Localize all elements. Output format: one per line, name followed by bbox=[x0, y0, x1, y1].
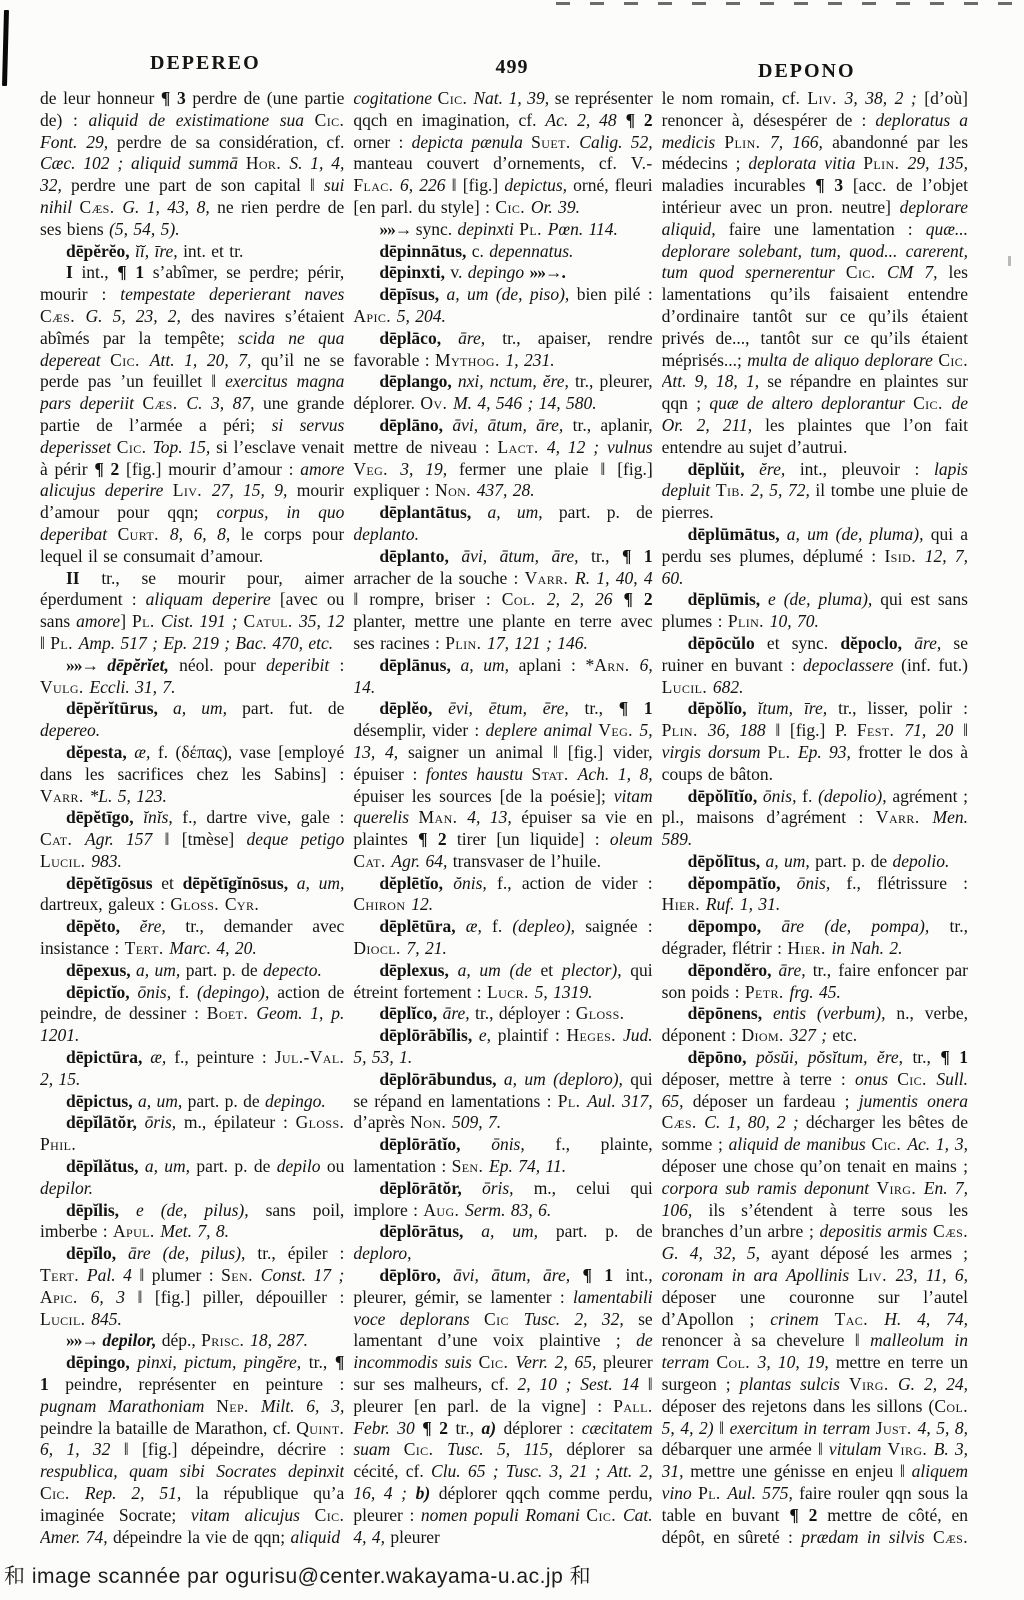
text-run: Lucil. bbox=[40, 1309, 91, 1329]
text-run: in Nah. 2. bbox=[832, 938, 903, 958]
text-run: CM 7, bbox=[887, 262, 949, 282]
text-run: 509, 7. bbox=[452, 1112, 501, 1132]
text-run: 3, 38, 2 ; bbox=[845, 88, 925, 108]
text-run: dēplōrābundus, bbox=[379, 1069, 504, 1089]
text-run: perdre une part de son capital ‖ bbox=[71, 175, 324, 195]
text-run: ĭĭ, īre, bbox=[135, 241, 183, 261]
text-run: Virg. bbox=[888, 1439, 934, 1459]
text-run: depilor. bbox=[40, 1178, 93, 1198]
dictionary-paragraph: dēpictĭo, ōnis, f. (depingo), action de … bbox=[40, 982, 344, 1047]
text-run: perdre de sa considération, cf. bbox=[117, 132, 344, 152]
text-run: Ach. 1, 8, bbox=[578, 764, 653, 784]
text-run: e (de, pilus), bbox=[136, 1200, 266, 1220]
text-run: ou bbox=[327, 1156, 345, 1176]
text-run: a, um (deploro), bbox=[504, 1069, 630, 1089]
text-run: ĕre, bbox=[140, 916, 186, 936]
text-run: pugnam Marathoniam bbox=[40, 1396, 216, 1416]
dictionary-paragraph: dēplango, nxi, nctum, ĕre, tr., pleurer,… bbox=[353, 371, 652, 415]
text-run: deperibit bbox=[266, 655, 339, 675]
text-run: tr., bbox=[455, 1418, 481, 1438]
text-run: part. p. de bbox=[188, 1091, 265, 1111]
dictionary-paragraph: dēplētūra, æ, f. (depleo), saignée : Dio… bbox=[353, 916, 652, 960]
text-run: Suet. bbox=[531, 132, 579, 152]
text-run: quæ de altero deplorantur bbox=[709, 393, 913, 413]
text-run: deploro, bbox=[353, 1243, 411, 1263]
text-run: déposer une chose qu’on tenait en mains … bbox=[662, 1156, 968, 1176]
text-run: vitulam bbox=[829, 1439, 888, 1459]
text-run: tr., bbox=[591, 546, 622, 566]
text-run: Isid. bbox=[884, 546, 924, 566]
text-run: orner : bbox=[353, 132, 411, 152]
text-run: a, um, bbox=[460, 655, 518, 675]
text-run: Petr. bbox=[745, 982, 790, 1002]
text-run: dēplūmātus, bbox=[688, 524, 787, 544]
text-run: Cist. 191 ; bbox=[161, 611, 244, 631]
text-run: Diom. bbox=[741, 1025, 789, 1045]
text-run: āvi, ātum, āre, bbox=[453, 1265, 582, 1285]
text-run: vitam alicujus bbox=[191, 1505, 315, 1525]
text-run: a, um, bbox=[481, 1221, 556, 1241]
text-run: dēpictūra, bbox=[66, 1047, 150, 1067]
text-run: ōnis, bbox=[491, 1134, 555, 1154]
text-run: 1, 231. bbox=[506, 350, 555, 370]
dictionary-paragraph: dēpōno, pŏsŭi, pŏsĭtum, ĕre, tr., ¶ 1 dé… bbox=[662, 1047, 968, 1550]
text-run: coronam in ara Apollinis bbox=[662, 1265, 858, 1285]
text-run: depositis armis bbox=[820, 1221, 933, 1241]
text-run: plantas sulcis bbox=[740, 1374, 849, 1394]
text-run: 27, 15, 9, bbox=[212, 480, 297, 500]
text-run: Cic. bbox=[315, 110, 345, 130]
text-run: Gloss. bbox=[576, 1003, 625, 1023]
text-run: Mythog. bbox=[435, 350, 506, 370]
text-run: aplani : * bbox=[519, 655, 595, 675]
text-run: āre, bbox=[443, 1003, 475, 1023]
text-run: 5, 204. bbox=[397, 306, 446, 326]
dictionary-paragraph: dēplĕo, ēvi, ētum, ēre, tr., ¶ 1 désempl… bbox=[353, 698, 652, 872]
dictionary-paragraph: »»→ sync. depinxti Pl. Pœn. 114. bbox=[353, 219, 652, 241]
text-run: ¶ 2 bbox=[418, 829, 457, 849]
text-run: Man. bbox=[419, 807, 468, 827]
text-run: dēplango, bbox=[379, 371, 458, 391]
text-run: : bbox=[339, 655, 344, 675]
text-run: 327 ; bbox=[790, 1025, 833, 1045]
text-run: plector), bbox=[562, 960, 630, 980]
text-run: dēplĕo, bbox=[379, 698, 448, 718]
text-run: part. p. de bbox=[186, 960, 263, 980]
text-run: déposer un fardeau ; bbox=[693, 1091, 859, 1111]
text-run: faire une lamentation : bbox=[729, 219, 926, 239]
text-run: ‖ bbox=[719, 1418, 729, 1438]
text-run: tr., bbox=[309, 1352, 335, 1372]
text-run: Pl. bbox=[768, 742, 798, 762]
text-run: d’après bbox=[353, 1112, 410, 1132]
text-run: Gloss. Cyr. bbox=[170, 894, 259, 914]
dictionary-column-1: de leur honneur ¶ 3 perdre de (une parti… bbox=[40, 88, 344, 1550]
text-run: Prisc. bbox=[201, 1330, 250, 1350]
text-run: Jul.-Val. bbox=[275, 1047, 345, 1067]
text-run: dēplōrātĭo, bbox=[379, 1134, 491, 1154]
text-run: oleum bbox=[610, 829, 653, 849]
text-run: Plin. bbox=[445, 633, 487, 653]
text-run: Aug. bbox=[423, 1200, 465, 1220]
dictionary-paragraph: dēplōrātĭo, ōnis, f., plainte, lamentati… bbox=[353, 1134, 652, 1178]
text-run: crinem bbox=[770, 1309, 834, 1329]
text-run: Top. 15, bbox=[153, 437, 216, 457]
text-run: Cæs. bbox=[933, 1221, 968, 1241]
text-run: pŏsŭi, pŏsĭtum, ĕre, bbox=[756, 1047, 912, 1067]
text-run: int., bbox=[81, 262, 117, 282]
text-run: Lucr. bbox=[487, 982, 535, 1002]
text-run: dēplŭit, bbox=[688, 459, 759, 479]
text-run: tr., bbox=[912, 1047, 940, 1067]
dictionary-column-2: cogitatione Cic. Nat. 1, 39, se représen… bbox=[353, 88, 652, 1550]
text-run: dēpĕrĕo, bbox=[66, 241, 135, 261]
text-run: G. 4, 32, 5, bbox=[662, 1243, 771, 1263]
text-run: ¶ 2 bbox=[626, 110, 653, 130]
text-run: 6, 1, 32 bbox=[40, 1439, 124, 1459]
text-run: Fest. bbox=[857, 720, 905, 740]
text-run: Cic. bbox=[938, 350, 968, 370]
text-run: G. 5, 23, 2, bbox=[85, 306, 191, 326]
text-run: æ, bbox=[466, 916, 492, 936]
text-run: a, um, bbox=[145, 1156, 197, 1176]
text-run: Cæc. 102 ; aliquid summā bbox=[40, 153, 246, 173]
text-run: mettre une génisse en enjeu ‖ bbox=[690, 1461, 911, 1481]
text-run: f., flétrissure : bbox=[846, 873, 968, 893]
dictionary-paragraph: dēpondĕro, āre, tr., faire enfoncer par … bbox=[662, 960, 968, 1004]
dictionary-paragraph: dēpŏlĭo, ĭtum, īre, tr., lisser, polir :… bbox=[662, 698, 968, 785]
dictionary-paragraph: dēpŏlītus, a, um, part. p. de depolio. bbox=[662, 851, 968, 873]
text-run: Cic. bbox=[913, 393, 951, 413]
text-run: Pall. bbox=[613, 1396, 652, 1416]
dictionary-paragraph: dēplānus, a, um, aplani : *Arn. 6, 14. bbox=[353, 655, 652, 699]
text-run: Or. 39. bbox=[531, 197, 580, 217]
text-run: »»→. bbox=[530, 262, 565, 282]
text-run: ¶ 1 bbox=[117, 262, 152, 282]
text-run: tirer [un liquide] : bbox=[457, 829, 610, 849]
text-run: Virg. bbox=[876, 1178, 923, 1198]
text-run: 29, 135, bbox=[908, 153, 968, 173]
text-run: saignée : bbox=[585, 916, 652, 936]
text-run: dēpictus, bbox=[66, 1091, 138, 1111]
text-run: corpora sub ramis deponunt bbox=[662, 1178, 877, 1198]
text-run: Cic. bbox=[846, 262, 887, 282]
text-run: déposer (cacher) bbox=[748, 1548, 865, 1550]
text-run: Liv. bbox=[807, 88, 844, 108]
dictionary-paragraph: dēpictus, a, um, part. p. de depingo. bbox=[40, 1091, 344, 1113]
text-run: 2, 10 ; Sest. 14 bbox=[518, 1374, 648, 1394]
text-run: (depleo), bbox=[512, 916, 585, 936]
text-run: ¶ 3 bbox=[815, 175, 853, 195]
text-run: Febr. 30 bbox=[353, 1418, 422, 1438]
running-head: DEPEREO 499 DEPONO bbox=[0, 50, 1024, 84]
text-run: dēplōrātŏr, bbox=[379, 1178, 482, 1198]
text-run: 2, 5, 72, bbox=[751, 480, 816, 500]
text-run: Cic. bbox=[110, 350, 150, 370]
text-run: depereo. bbox=[40, 720, 100, 740]
text-run: Ruf. 1, 31. bbox=[706, 894, 780, 914]
text-run: ‖ [fig.] dépeindre, décrire : bbox=[124, 1439, 345, 1459]
text-run: ayant déposé les armes ; bbox=[771, 1243, 968, 1263]
text-run: débarquer une armée ‖ bbox=[662, 1439, 829, 1459]
text-run: 4, 13, bbox=[467, 807, 521, 827]
text-run: ] bbox=[120, 611, 132, 631]
text-run: bien pilé : bbox=[577, 284, 653, 304]
text-run: »»→ bbox=[66, 655, 107, 675]
text-run: f. bbox=[492, 916, 512, 936]
page-number: 499 bbox=[0, 56, 1024, 79]
text-run: néol. pour bbox=[179, 655, 266, 675]
text-run: et bbox=[541, 960, 562, 980]
text-run: Hier. bbox=[662, 894, 706, 914]
text-run: G. 6, 41, 1, bbox=[662, 1548, 749, 1550]
text-run: tr., épiler : bbox=[257, 1243, 344, 1263]
text-run: Cic bbox=[484, 1309, 524, 1329]
text-run: ‖ [fig.] P. bbox=[775, 720, 857, 740]
dictionary-paragraph: dēplūmis, e (de, pluma), qui est sans pl… bbox=[662, 589, 968, 633]
text-run: Cic. bbox=[438, 88, 474, 108]
text-run: amore bbox=[76, 611, 120, 631]
dictionary-paragraph: dēpĭlātŏr, ōris, m., épilateur : Gloss. … bbox=[40, 1112, 344, 1156]
text-run: deplere animal bbox=[485, 720, 598, 740]
text-run: nxi, nctum, ĕre, bbox=[458, 371, 575, 391]
text-run: Apic. bbox=[353, 306, 396, 326]
text-run: dēpĕtīgo, bbox=[66, 807, 143, 827]
text-run: Pal. 4 bbox=[87, 1265, 139, 1285]
text-run: depecto. bbox=[263, 960, 322, 980]
text-run: ŏnis, bbox=[453, 873, 497, 893]
text-run: ‖ [fig.] piller, dépouiller : bbox=[137, 1287, 344, 1307]
text-run: 3, 19, bbox=[400, 459, 459, 479]
dictionary-paragraph: dēpŏlītĭo, ōnis, f. (depolio), agrément … bbox=[662, 786, 968, 851]
text-run: aliquid de manibus bbox=[729, 1134, 872, 1154]
text-run: Heges. bbox=[567, 1025, 624, 1045]
text-run: æ, bbox=[134, 742, 158, 762]
text-run: *L. 5, 123. bbox=[89, 786, 166, 806]
text-run: arracher de la souche : bbox=[353, 568, 524, 588]
text-run: āre (de, pompa), bbox=[781, 916, 949, 936]
text-run: dēpĭlātŏr, bbox=[66, 1112, 145, 1132]
text-run: depingo. bbox=[265, 1091, 326, 1111]
text-run: Nep. bbox=[216, 1396, 261, 1416]
text-run: dēplantātus, bbox=[379, 502, 487, 522]
text-run: Cic. bbox=[404, 1439, 447, 1459]
text-run: 7, 21. bbox=[407, 938, 447, 958]
text-run: H. 4, 74, bbox=[884, 1309, 968, 1329]
text-run: dēpondĕro, bbox=[688, 960, 779, 980]
text-run: f., action de vider : bbox=[497, 873, 653, 893]
text-run: Sen. bbox=[221, 1265, 261, 1285]
dictionary-paragraph: dēplōrātus, a, um, part. p. de deploro, bbox=[353, 1221, 652, 1265]
text-run: āre, bbox=[779, 960, 813, 980]
text-run: f., peinture : bbox=[174, 1047, 275, 1067]
text-run: part. p. de bbox=[196, 1156, 276, 1176]
text-run: I bbox=[66, 262, 81, 282]
text-run: Cat. bbox=[353, 851, 391, 871]
text-run: aliquam deperire bbox=[146, 589, 280, 609]
text-run: ¶ 1 bbox=[582, 1265, 625, 1285]
text-run: part. p. de bbox=[815, 851, 892, 871]
text-run: Tib. bbox=[716, 480, 751, 500]
text-run: 23, 11, 6, bbox=[896, 1265, 968, 1285]
text-run: Ep. 93, bbox=[798, 742, 858, 762]
text-run: Plin. bbox=[863, 153, 907, 173]
text-run: 437, 28. bbox=[477, 480, 535, 500]
text-run: ¶ 1 bbox=[940, 1047, 968, 1067]
text-run: Hier. bbox=[787, 938, 831, 958]
text-run: part. fut. de bbox=[242, 698, 344, 718]
dictionary-paragraph: dēplūmātus, a, um (de, pluma), qui a per… bbox=[662, 524, 968, 589]
dictionary-paragraph: dēpĕrĕo, ĭĭ, īre, int. et tr. bbox=[40, 241, 344, 263]
text-run: le nom romain, cf. bbox=[662, 88, 808, 108]
text-run: ‖ plumer : bbox=[139, 1265, 221, 1285]
text-run: Tert. bbox=[125, 938, 170, 958]
text-run: dēpĕtīgĭnōsus, bbox=[183, 873, 297, 893]
text-run: tr., bbox=[585, 698, 619, 718]
text-run: dēplāco, bbox=[379, 328, 458, 348]
text-run: Col. bbox=[716, 1352, 757, 1372]
text-run: »»→ bbox=[66, 1330, 102, 1350]
text-run: Agr. 64, bbox=[391, 851, 452, 871]
text-run: f. bbox=[802, 786, 818, 806]
dictionary-paragraph: dēplāco, āre, tr., apaiser, rendre favor… bbox=[353, 328, 652, 372]
text-run: Aul. 575, bbox=[727, 1483, 799, 1503]
dictionary-paragraph: dēplŭit, ĕre, int., pleuvoir : lapis dep… bbox=[662, 459, 968, 524]
text-run: ōnis, bbox=[763, 786, 802, 806]
text-run: ¶ 2 bbox=[789, 1505, 827, 1525]
text-run: exercitum in terram bbox=[730, 1418, 876, 1438]
text-run: Hor. bbox=[246, 153, 290, 173]
text-run: de leur honneur bbox=[40, 88, 161, 108]
text-run: déposer des rejetons dans les sillons ( bbox=[662, 1396, 935, 1416]
text-run: a, um, bbox=[136, 960, 186, 980]
text-run: dēplētūra, bbox=[379, 916, 465, 936]
text-run: Pl. bbox=[132, 611, 161, 631]
text-run: transvaser de l’huile. bbox=[453, 851, 601, 871]
text-run: Non. bbox=[410, 1112, 452, 1132]
text-run: jumentis onera bbox=[859, 1091, 968, 1111]
scan-artifact-speck bbox=[1008, 256, 1011, 266]
text-run: (inf. fut.) bbox=[901, 655, 968, 675]
text-run: G. 1, 43, 8, bbox=[122, 197, 217, 217]
text-run: deplorata vitia bbox=[748, 153, 863, 173]
text-run: Just. bbox=[876, 1418, 918, 1438]
dictionary-paragraph: dĕpesta, æ, f. (δέπας), vase [employé da… bbox=[40, 742, 344, 807]
text-run: tr., déployer : bbox=[475, 1003, 576, 1023]
text-run: m., épilateur : bbox=[184, 1112, 296, 1132]
text-run: Boet. bbox=[207, 1003, 257, 1023]
text-run: Plin. bbox=[724, 132, 770, 152]
text-run: dēpĭlo, bbox=[66, 1243, 128, 1263]
dictionary-paragraph: dēplōrābundus, a, um (deploro), qui se r… bbox=[353, 1069, 652, 1134]
dictionary-paragraph: II tr., se mourir pour, aimer éperdument… bbox=[40, 568, 344, 655]
text-run: 12. bbox=[411, 894, 433, 914]
text-run: dēpĕrĭtūrus, bbox=[66, 698, 173, 718]
text-run: pleurer bbox=[390, 1527, 440, 1547]
text-run: Cæs. bbox=[40, 306, 85, 326]
text-run: a, um, bbox=[173, 698, 242, 718]
text-run: épuiser les sources [de la poésie]; bbox=[353, 786, 613, 806]
text-run: dēpingo, bbox=[66, 1352, 137, 1372]
text-run: int. et tr. bbox=[183, 241, 243, 261]
text-run: dēpōcŭlo bbox=[688, 633, 767, 653]
text-run: Pl. bbox=[558, 1091, 587, 1111]
text-run: e, bbox=[479, 1025, 498, 1045]
text-run: Eccli. 31, 7. bbox=[89, 677, 175, 697]
text-run: 5, 4, 2) bbox=[662, 1418, 719, 1438]
dictionary-paragraph: dēpompo, āre (de, pompa), tr., dégrader,… bbox=[662, 916, 968, 960]
text-run: pinxi, pictum, pingĕre, bbox=[137, 1352, 308, 1372]
text-run: manteau couvert d’ornements, cf. bbox=[353, 153, 631, 173]
text-run: 71, 20 bbox=[904, 720, 963, 740]
text-run: ĭnĭs, bbox=[143, 807, 182, 827]
text-run: Col. bbox=[502, 589, 547, 609]
text-run: Serm. 83, 6. bbox=[465, 1200, 551, 1220]
text-run: Ep. 74, 11. bbox=[489, 1156, 566, 1176]
text-run: dēpĭlătus, bbox=[66, 1156, 145, 1176]
text-run: a, um, bbox=[297, 873, 345, 893]
text-run: f. ( bbox=[158, 742, 182, 762]
text-run: Cic. bbox=[586, 1505, 623, 1525]
text-run: deplanto. bbox=[353, 524, 419, 544]
dictionary-paragraph: dēplōrābĭlis, e, plaintif : Heges. Jud. … bbox=[353, 1025, 652, 1069]
text-run: dēpŏlĭo, bbox=[688, 698, 758, 718]
text-run: dēplāno, bbox=[379, 415, 452, 435]
text-run: dēplūmis, bbox=[688, 589, 768, 609]
text-run: Font. 29, bbox=[40, 132, 117, 152]
text-run: ‖ [tmèse] bbox=[165, 829, 247, 849]
dictionary-paragraph: dēpĕtīgo, ĭnĭs, f., dartre vive, gale : … bbox=[40, 807, 344, 872]
dictionary-paragraph: dēplantātus, a, um, part. p. de deplanto… bbox=[353, 502, 652, 546]
text-run: dēplĭco, bbox=[379, 1003, 442, 1023]
text-run: aliquid de existimatione sua bbox=[88, 110, 314, 130]
text-run: deque petigo bbox=[247, 829, 345, 849]
text-run: depilor, bbox=[102, 1330, 161, 1350]
text-run: prædam in silvis bbox=[801, 1527, 933, 1547]
text-run: multa de aliquo deplorare bbox=[747, 350, 938, 370]
text-run: 2, 15. bbox=[40, 1069, 80, 1089]
text-run: déplorer : bbox=[504, 1418, 582, 1438]
text-run: dēpŏlītĭo, bbox=[688, 786, 763, 806]
text-run: dĕpesta, bbox=[66, 742, 134, 762]
text-run: depoclassere bbox=[803, 655, 901, 675]
text-run: Ac. 1, 3, bbox=[907, 1134, 968, 1154]
text-run: frg. 45. bbox=[789, 982, 840, 1002]
text-run: dēpexus, bbox=[66, 960, 136, 980]
text-run: Cic. bbox=[871, 1134, 907, 1154]
text-run: dēplanto, bbox=[379, 546, 461, 566]
dictionary-paragraph: dēplanto, āvi, ātum, āre, tr., ¶ 1 arrac… bbox=[353, 546, 652, 655]
text-run: Cic. bbox=[117, 437, 153, 457]
text-run: et sync. bbox=[767, 633, 840, 653]
text-run: dēpōnens, bbox=[688, 1003, 773, 1023]
text-run: C. 3, 87, bbox=[186, 393, 263, 413]
scan-footer-note: 和 image scannée par ogurisu@center.wakay… bbox=[4, 1560, 1004, 1590]
text-run: Tusc. 5, 115, bbox=[447, 1439, 566, 1459]
text-run: Cæs. bbox=[80, 197, 123, 217]
text-run: Stat. bbox=[532, 764, 578, 784]
text-run: Cæs. bbox=[662, 1112, 705, 1132]
text-run: (depolio), bbox=[818, 786, 892, 806]
text-run: 5, 1319. bbox=[535, 982, 593, 1002]
text-run: Calig. 52, bbox=[579, 132, 652, 152]
text-run: Pl. bbox=[50, 633, 78, 653]
text-run: dēpĕtīgōsus bbox=[66, 873, 161, 893]
text-run: 10, 70. bbox=[770, 611, 819, 631]
text-run: 8, 6, 8, bbox=[170, 524, 241, 544]
text-run: Apic. bbox=[40, 1287, 91, 1307]
text-run: æ, bbox=[150, 1047, 174, 1067]
